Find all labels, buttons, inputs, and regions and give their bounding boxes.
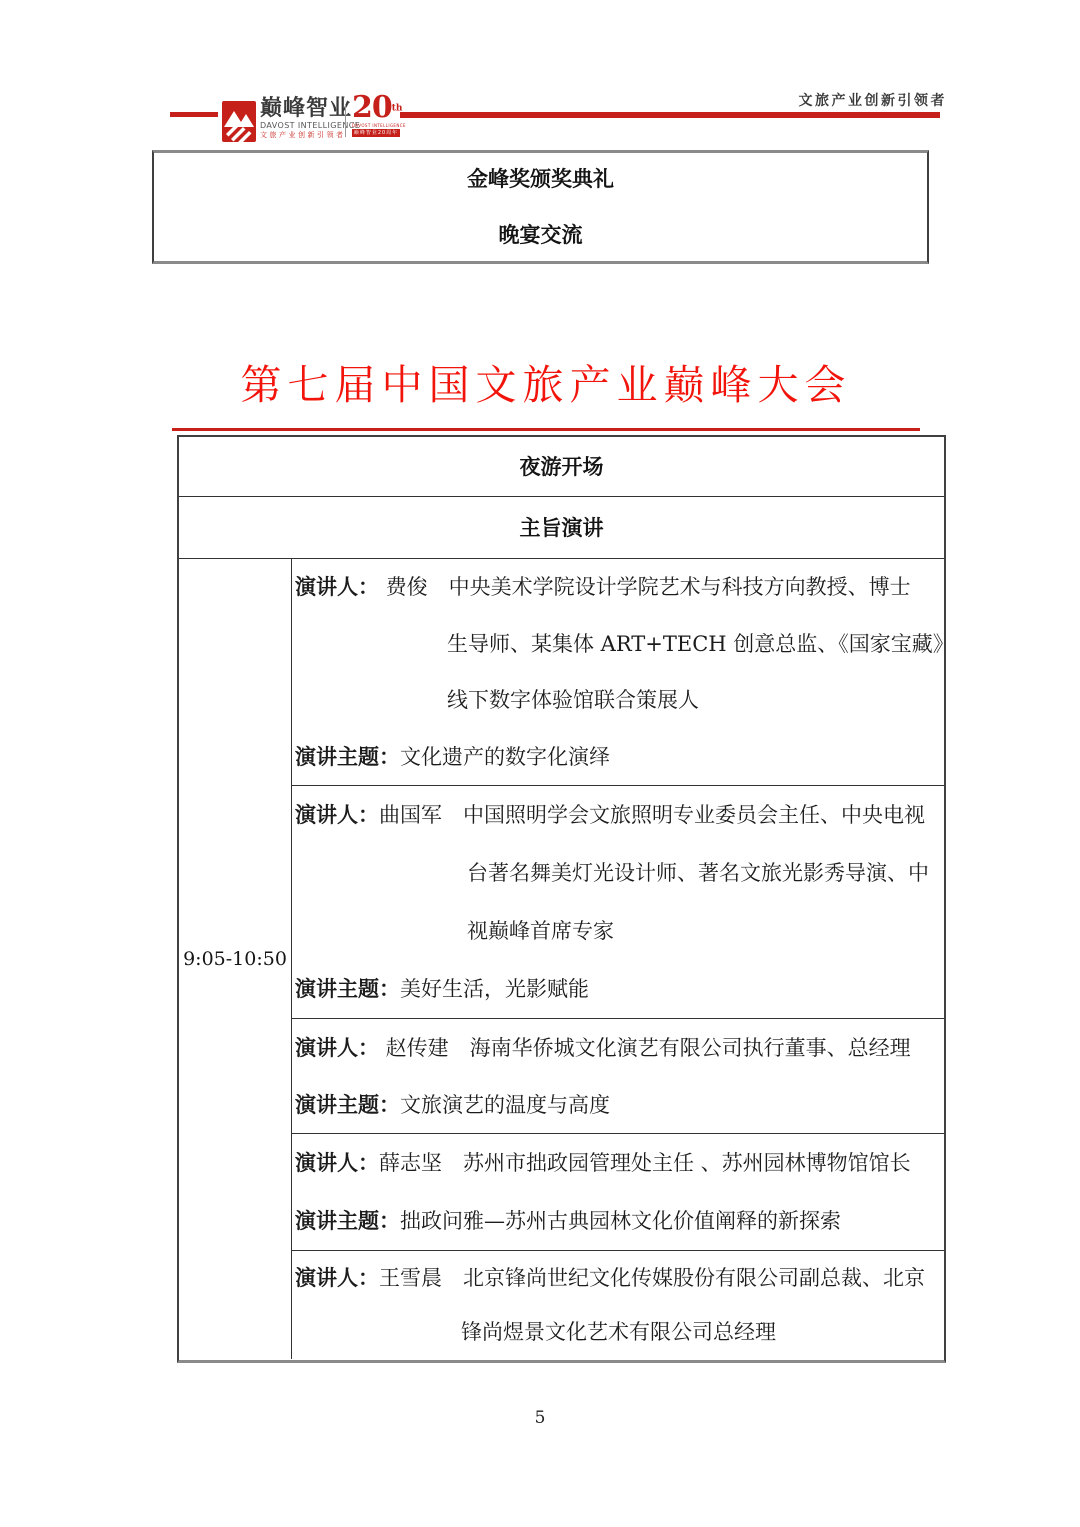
anniversary-en-caption: DAVOST INTELLIGENCE xyxy=(352,123,402,128)
speaker-text: 薛志坚 苏州市拙政园管理处主任 、苏州园林博物馆馆长 xyxy=(379,1151,911,1175)
pre-agenda-box: 金峰奖颁奖典礼 晚宴交流 xyxy=(152,150,929,264)
pre-agenda-line-2: 晚宴交流 xyxy=(154,207,927,263)
brand-block: 巅峰智业 DAVOST INTELLIGENCE 文旅产业创新引领者 xyxy=(260,95,346,140)
speaker-text: 线下数字体验馆联合策展人 xyxy=(447,688,699,712)
title-underline xyxy=(172,428,920,431)
pre-agenda-line-1: 金峰奖颁奖典礼 xyxy=(154,151,927,207)
speaker-line: 演讲人：薛志坚 苏州市拙政园管理处主任 、苏州园林博物馆馆长 xyxy=(292,1134,944,1192)
speaker-text: 锋尚煜景文化艺术有限公司总经理 xyxy=(461,1320,776,1344)
topic-label: 演讲主题： xyxy=(295,744,400,769)
time-cell: 9:05-10:50 xyxy=(179,559,292,1359)
agenda-body: 9:05-10:50 演讲人： 费俊 中央美术学院设计学院艺术与科技方向教授、博… xyxy=(179,559,944,1359)
speaker-line: 演讲人：曲国军 中国照明学会文旅照明专业委员会主任、中央电视 xyxy=(292,786,944,844)
speaker-block: 演讲人：王雪晨 北京锋尚世纪文化传媒股份有限公司副总裁、北京 锋尚煜景文化艺术有… xyxy=(292,1251,944,1359)
speaker-block: 演讲人： 赵传建 海南华侨城文化演艺有限公司执行董事、总经理 演讲主题：文旅演艺… xyxy=(292,1019,944,1134)
speaker-text: 曲国军 中国照明学会文旅照明专业委员会主任、中央电视 xyxy=(379,803,925,827)
speaker-text: 王雪晨 北京锋尚世纪文化传媒股份有限公司副总裁、北京 xyxy=(379,1266,925,1290)
speaker-label: 演讲人： xyxy=(295,1265,379,1290)
topic-label: 演讲主题： xyxy=(295,1092,400,1117)
davost-logo-icon xyxy=(222,101,256,142)
anniversary-number: 20 xyxy=(352,90,392,125)
speaker-line: 演讲人：王雪晨 北京锋尚世纪文化传媒股份有限公司副总裁、北京 xyxy=(292,1251,944,1305)
speaker-label: 演讲人： xyxy=(295,1150,379,1175)
speaker-label: 演讲人： xyxy=(295,574,379,599)
speaker-line: 演讲人： 费俊 中央美术学院设计学院艺术与科技方向教授、博士 xyxy=(292,559,944,616)
speaker-block: 演讲人：薛志坚 苏州市拙政园管理处主任 、苏州园林博物馆馆长 演讲主题：拙政问雅… xyxy=(292,1134,944,1251)
header-left-rule xyxy=(170,112,218,117)
speaker-text: 视巅峰首席专家 xyxy=(467,919,614,943)
topic-text: 美好生活，光影赋能 xyxy=(400,977,589,1001)
header-tagline: 文旅产业创新引领者 xyxy=(799,90,948,110)
topic-line: 演讲主题：拙政问雅—苏州古典园林文化价值阐释的新探索 xyxy=(292,1192,944,1250)
topic-line: 演讲主题：文化遗产的数字化演绎 xyxy=(292,729,944,786)
speaker-block: 演讲人：曲国军 中国照明学会文旅照明专业委员会主任、中央电视 台著名舞美灯光设计… xyxy=(292,786,944,1019)
speaker-text: 赵传建 海南华侨城文化演艺有限公司执行董事、总经理 xyxy=(379,1036,911,1060)
page-title: 第七届中国文旅产业巅峰大会 xyxy=(172,356,920,414)
speaker-line: 台著名舞美灯光设计师、著名文旅光影秀导演、中 xyxy=(292,844,944,902)
topic-label: 演讲主题： xyxy=(295,976,400,1001)
speaker-line: 演讲人： 赵传建 海南华侨城文化演艺有限公司执行董事、总经理 xyxy=(292,1019,944,1076)
speaker-line: 线下数字体验馆联合策展人 xyxy=(292,672,944,729)
topic-text: 文旅演艺的温度与高度 xyxy=(400,1093,610,1117)
topic-text: 拙政问雅—苏州古典园林文化价值阐释的新探索 xyxy=(400,1209,841,1233)
brand-slogan: 文旅产业创新引领者 xyxy=(260,131,346,140)
speaker-label: 演讲人： xyxy=(295,802,379,827)
speaker-line: 生导师、某集体 ART+TECH 创意总监、《国家宝藏》 xyxy=(292,616,944,673)
session-row-keynote: 主旨演讲 xyxy=(179,497,944,559)
document-page: 巅峰智业 DAVOST INTELLIGENCE 文旅产业创新引领者 20th … xyxy=(0,0,1080,1527)
topic-line: 演讲主题：文旅演艺的温度与高度 xyxy=(292,1076,944,1133)
speaker-text: 费俊 中央美术学院设计学院艺术与科技方向教授、博士 xyxy=(379,575,911,599)
session-row-night-tour: 夜游开场 xyxy=(179,437,944,497)
topic-line: 演讲主题：美好生活，光影赋能 xyxy=(292,960,944,1018)
speaker-text: 生导师、某集体 ART+TECH 创意总监、《国家宝藏》 xyxy=(447,632,944,656)
speaker-line: 视巅峰首席专家 xyxy=(292,902,944,960)
speaker-blocks: 演讲人： 费俊 中央美术学院设计学院艺术与科技方向教授、博士 生导师、某集体 A… xyxy=(292,559,944,1359)
speaker-label: 演讲人： xyxy=(295,1035,379,1060)
brand-name-cn: 巅峰智业 xyxy=(260,95,346,121)
topic-text: 文化遗产的数字化演绎 xyxy=(400,745,610,769)
speaker-line: 锋尚煜景文化艺术有限公司总经理 xyxy=(292,1305,944,1359)
topic-label: 演讲主题： xyxy=(295,1208,400,1233)
anniversary-cn-caption: 巅峰智业20周年 xyxy=(352,129,400,137)
agenda-table: 夜游开场 主旨演讲 9:05-10:50 演讲人： 费俊 中央美术学院设计学院艺… xyxy=(177,435,946,1363)
brand-name-en: DAVOST INTELLIGENCE xyxy=(260,121,346,130)
20th-anniversary-icon: 20th DAVOST INTELLIGENCE 巅峰智业20周年 xyxy=(352,93,402,137)
logo-divider xyxy=(345,104,346,137)
speaker-text: 台著名舞美灯光设计师、著名文旅光影秀导演、中 xyxy=(467,861,929,885)
page-number: 5 xyxy=(0,1408,1080,1428)
header-red-rule xyxy=(400,112,940,118)
speaker-block: 演讲人： 费俊 中央美术学院设计学院艺术与科技方向教授、博士 生导师、某集体 A… xyxy=(292,559,944,786)
